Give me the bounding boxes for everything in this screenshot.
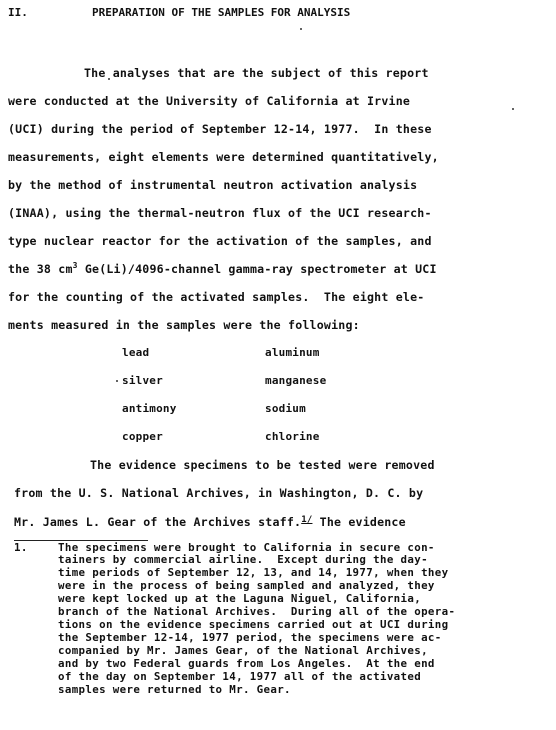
element-item: silver bbox=[122, 374, 163, 388]
text-line: The evidence specimens to be tested were… bbox=[90, 458, 435, 472]
footnote-line: tainers by commercial airline. Except du… bbox=[58, 554, 428, 566]
scan-speck bbox=[108, 78, 110, 80]
footnote-line: were in the process of being sampled and… bbox=[58, 580, 435, 592]
text-line: were conducted at the University of Cali… bbox=[8, 94, 410, 108]
text-line: ments measured in the samples were the f… bbox=[8, 318, 360, 332]
text-line: the 38 cm3 Ge(Li)/4096-channel gamma-ray… bbox=[8, 262, 437, 276]
footnote-line: and by two Federal guards from Los Angel… bbox=[58, 658, 435, 670]
scan-speck bbox=[300, 28, 302, 30]
footnote-line: branch of the National Archives. During … bbox=[58, 606, 455, 618]
element-item: lead bbox=[122, 346, 149, 360]
footnote-line: were kept locked up at the Laguna Niguel… bbox=[58, 593, 421, 605]
document-page: II. PREPARATION OF THE SAMPLES FOR ANALY… bbox=[0, 0, 556, 730]
text-line: for the counting of the activated sample… bbox=[8, 290, 424, 304]
text-fragment: Ge(Li)/4096-channel gamma-ray spectromet… bbox=[78, 262, 437, 276]
footnote-line: samples were returned to Mr. Gear. bbox=[58, 684, 291, 696]
text-fragment: Mr. James L. Gear of the Archives staff. bbox=[14, 515, 301, 529]
text-line: (INAA), using the thermal-neutron flux o… bbox=[8, 206, 432, 220]
scan-speck bbox=[116, 380, 118, 382]
footnote-line: companied by Mr. James Gear, of the Nati… bbox=[58, 645, 428, 657]
text-line: type nuclear reactor for the activation … bbox=[8, 234, 432, 248]
section-title: PREPARATION OF THE SAMPLES FOR ANALYSIS bbox=[92, 6, 350, 20]
text-line: by the method of instrumental neutron ac… bbox=[8, 178, 417, 192]
element-item: antimony bbox=[122, 402, 177, 416]
text-line: measurements, eight elements were determ… bbox=[8, 150, 439, 164]
element-item: sodium bbox=[265, 402, 306, 416]
text-line: from the U. S. National Archives, in Was… bbox=[14, 486, 423, 500]
element-item: aluminum bbox=[265, 346, 320, 360]
footnote-reference: 1/ bbox=[301, 515, 312, 525]
text-line: The analyses that are the subject of thi… bbox=[84, 66, 429, 80]
footnote-line: time periods of September 12, 13, and 14… bbox=[58, 567, 448, 579]
element-item: copper bbox=[122, 430, 163, 444]
section-number: II. bbox=[8, 6, 28, 20]
footnote-line: tions on the evidence specimens carried … bbox=[58, 619, 448, 631]
text-line: (UCI) during the period of September 12-… bbox=[8, 122, 432, 136]
footnote-line: the September 12-14, 1977 period, the sp… bbox=[58, 632, 442, 644]
text-fragment: the 38 cm bbox=[8, 262, 73, 276]
text-fragment: The evidence bbox=[312, 515, 405, 529]
footnote-line: of the day on September 14, 1977 all of … bbox=[58, 671, 421, 683]
element-item: chlorine bbox=[265, 430, 320, 444]
scan-speck bbox=[512, 108, 514, 110]
text-line: Mr. James L. Gear of the Archives staff.… bbox=[14, 513, 406, 529]
footnote-number: 1. bbox=[14, 542, 28, 554]
element-item: manganese bbox=[265, 374, 326, 388]
